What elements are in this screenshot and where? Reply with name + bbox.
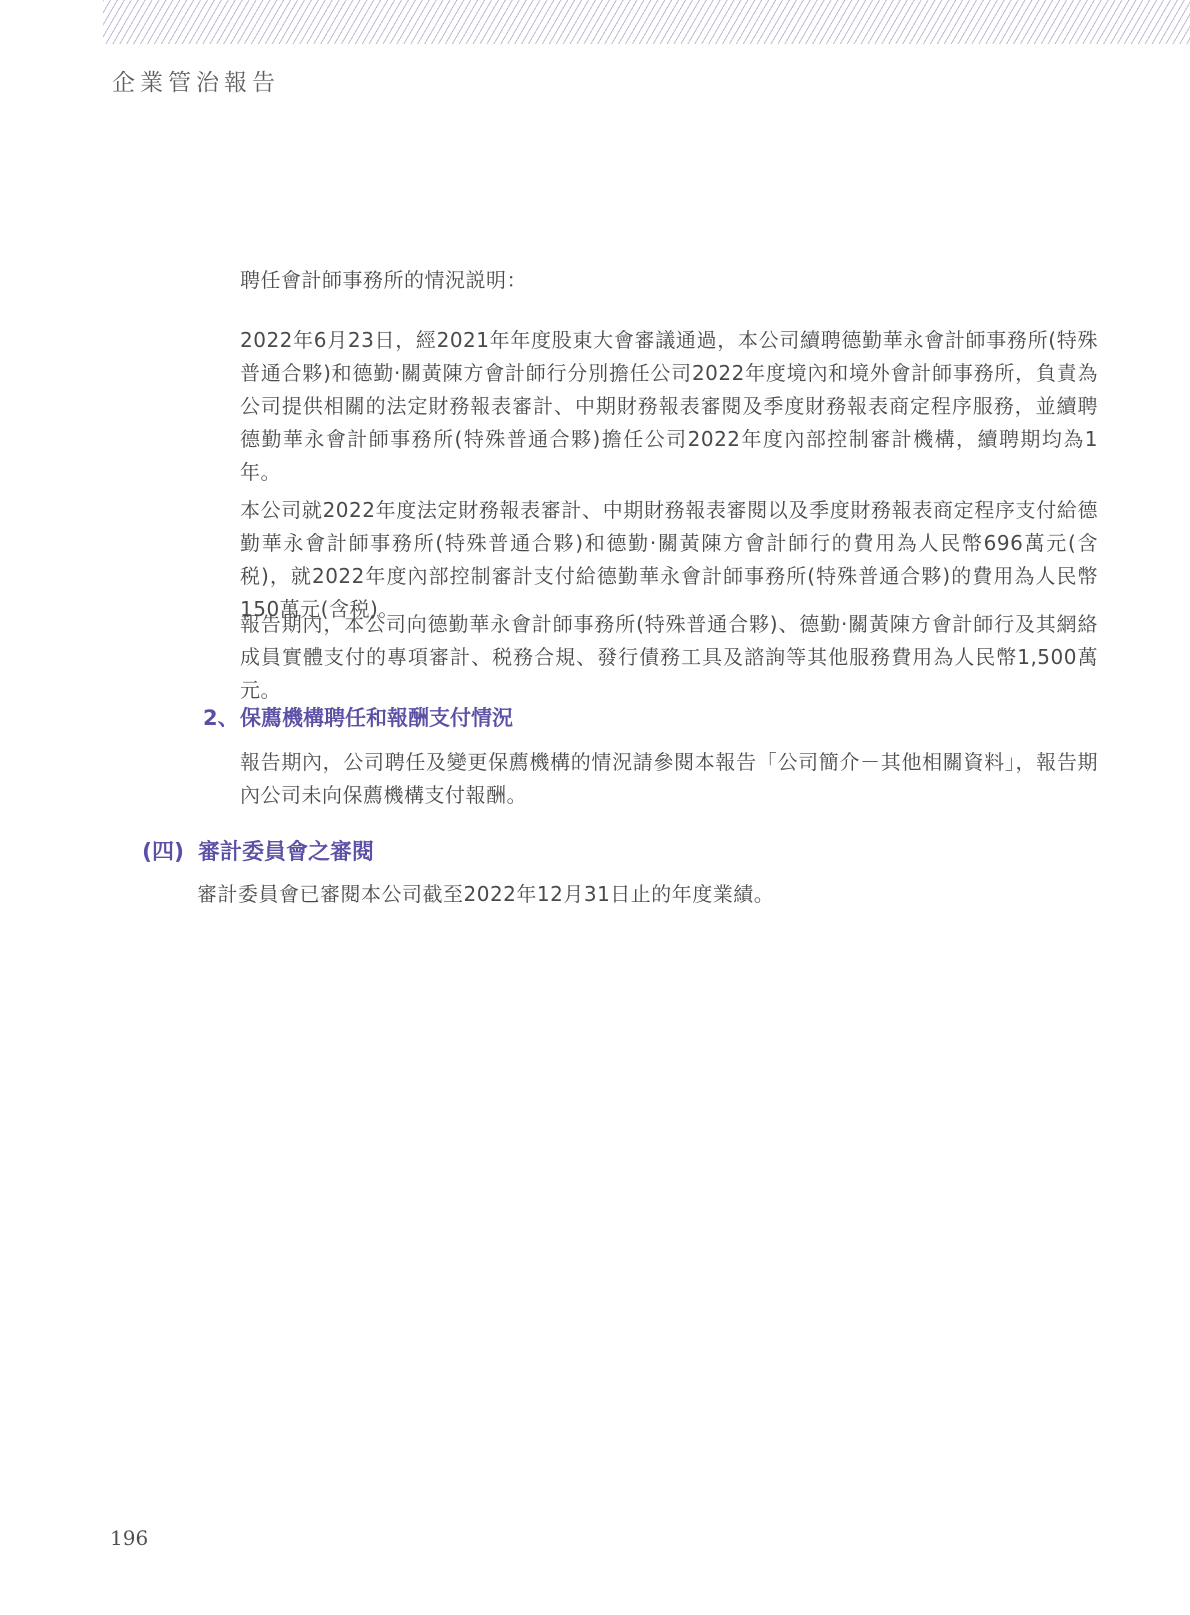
paragraph-audit-committee-body: 審計委員會已審閱本公司截至2022年12月31日止的年度業績。 — [197, 878, 1097, 911]
paragraph-sponsor-body: 報告期內，公司聘任及變更保薦機構的情況請參閱本報告「公司簡介－其他相關資料」，報… — [240, 746, 1098, 812]
paragraph-engagement-intro: 聘任會計師事務所的情況説明： — [240, 264, 1098, 297]
paragraph-audit-fees: 本公司就2022年度法定財務報表審計、中期財務報表審閱以及季度財務報表商定程序支… — [240, 494, 1098, 626]
section-title-audit-committee: 審計委員會之審閱 — [198, 838, 374, 868]
paragraph-other-service-fees: 報告期內，本公司向德勤華永會計師事務所(特殊普通合夥)、德勤‧關黃陳方會計師行及… — [240, 608, 1098, 707]
section-number-sponsor: 2、 — [203, 704, 240, 732]
section-title-sponsor: 保薦機構聘任和報酬支付情況 — [240, 704, 513, 732]
section-heading-sponsor: 2、 保薦機構聘任和報酬支付情況 — [203, 704, 513, 732]
hatch-banner — [103, 0, 1190, 44]
section-heading-audit-committee: (四) 審計委員會之審閱 — [142, 838, 374, 868]
section-number-audit-committee: (四) — [142, 838, 198, 868]
paragraph-auditor-reappointment: 2022年6月23日，經2021年年度股東大會審議通過，本公司續聘德勤華永會計師… — [240, 324, 1098, 489]
page-number: 196 — [110, 1526, 148, 1550]
report-page: 企業管治報告 聘任會計師事務所的情況説明： 2022年6月23日，經2021年年… — [0, 0, 1190, 1615]
page-header-title: 企業管治報告 — [112, 64, 280, 97]
